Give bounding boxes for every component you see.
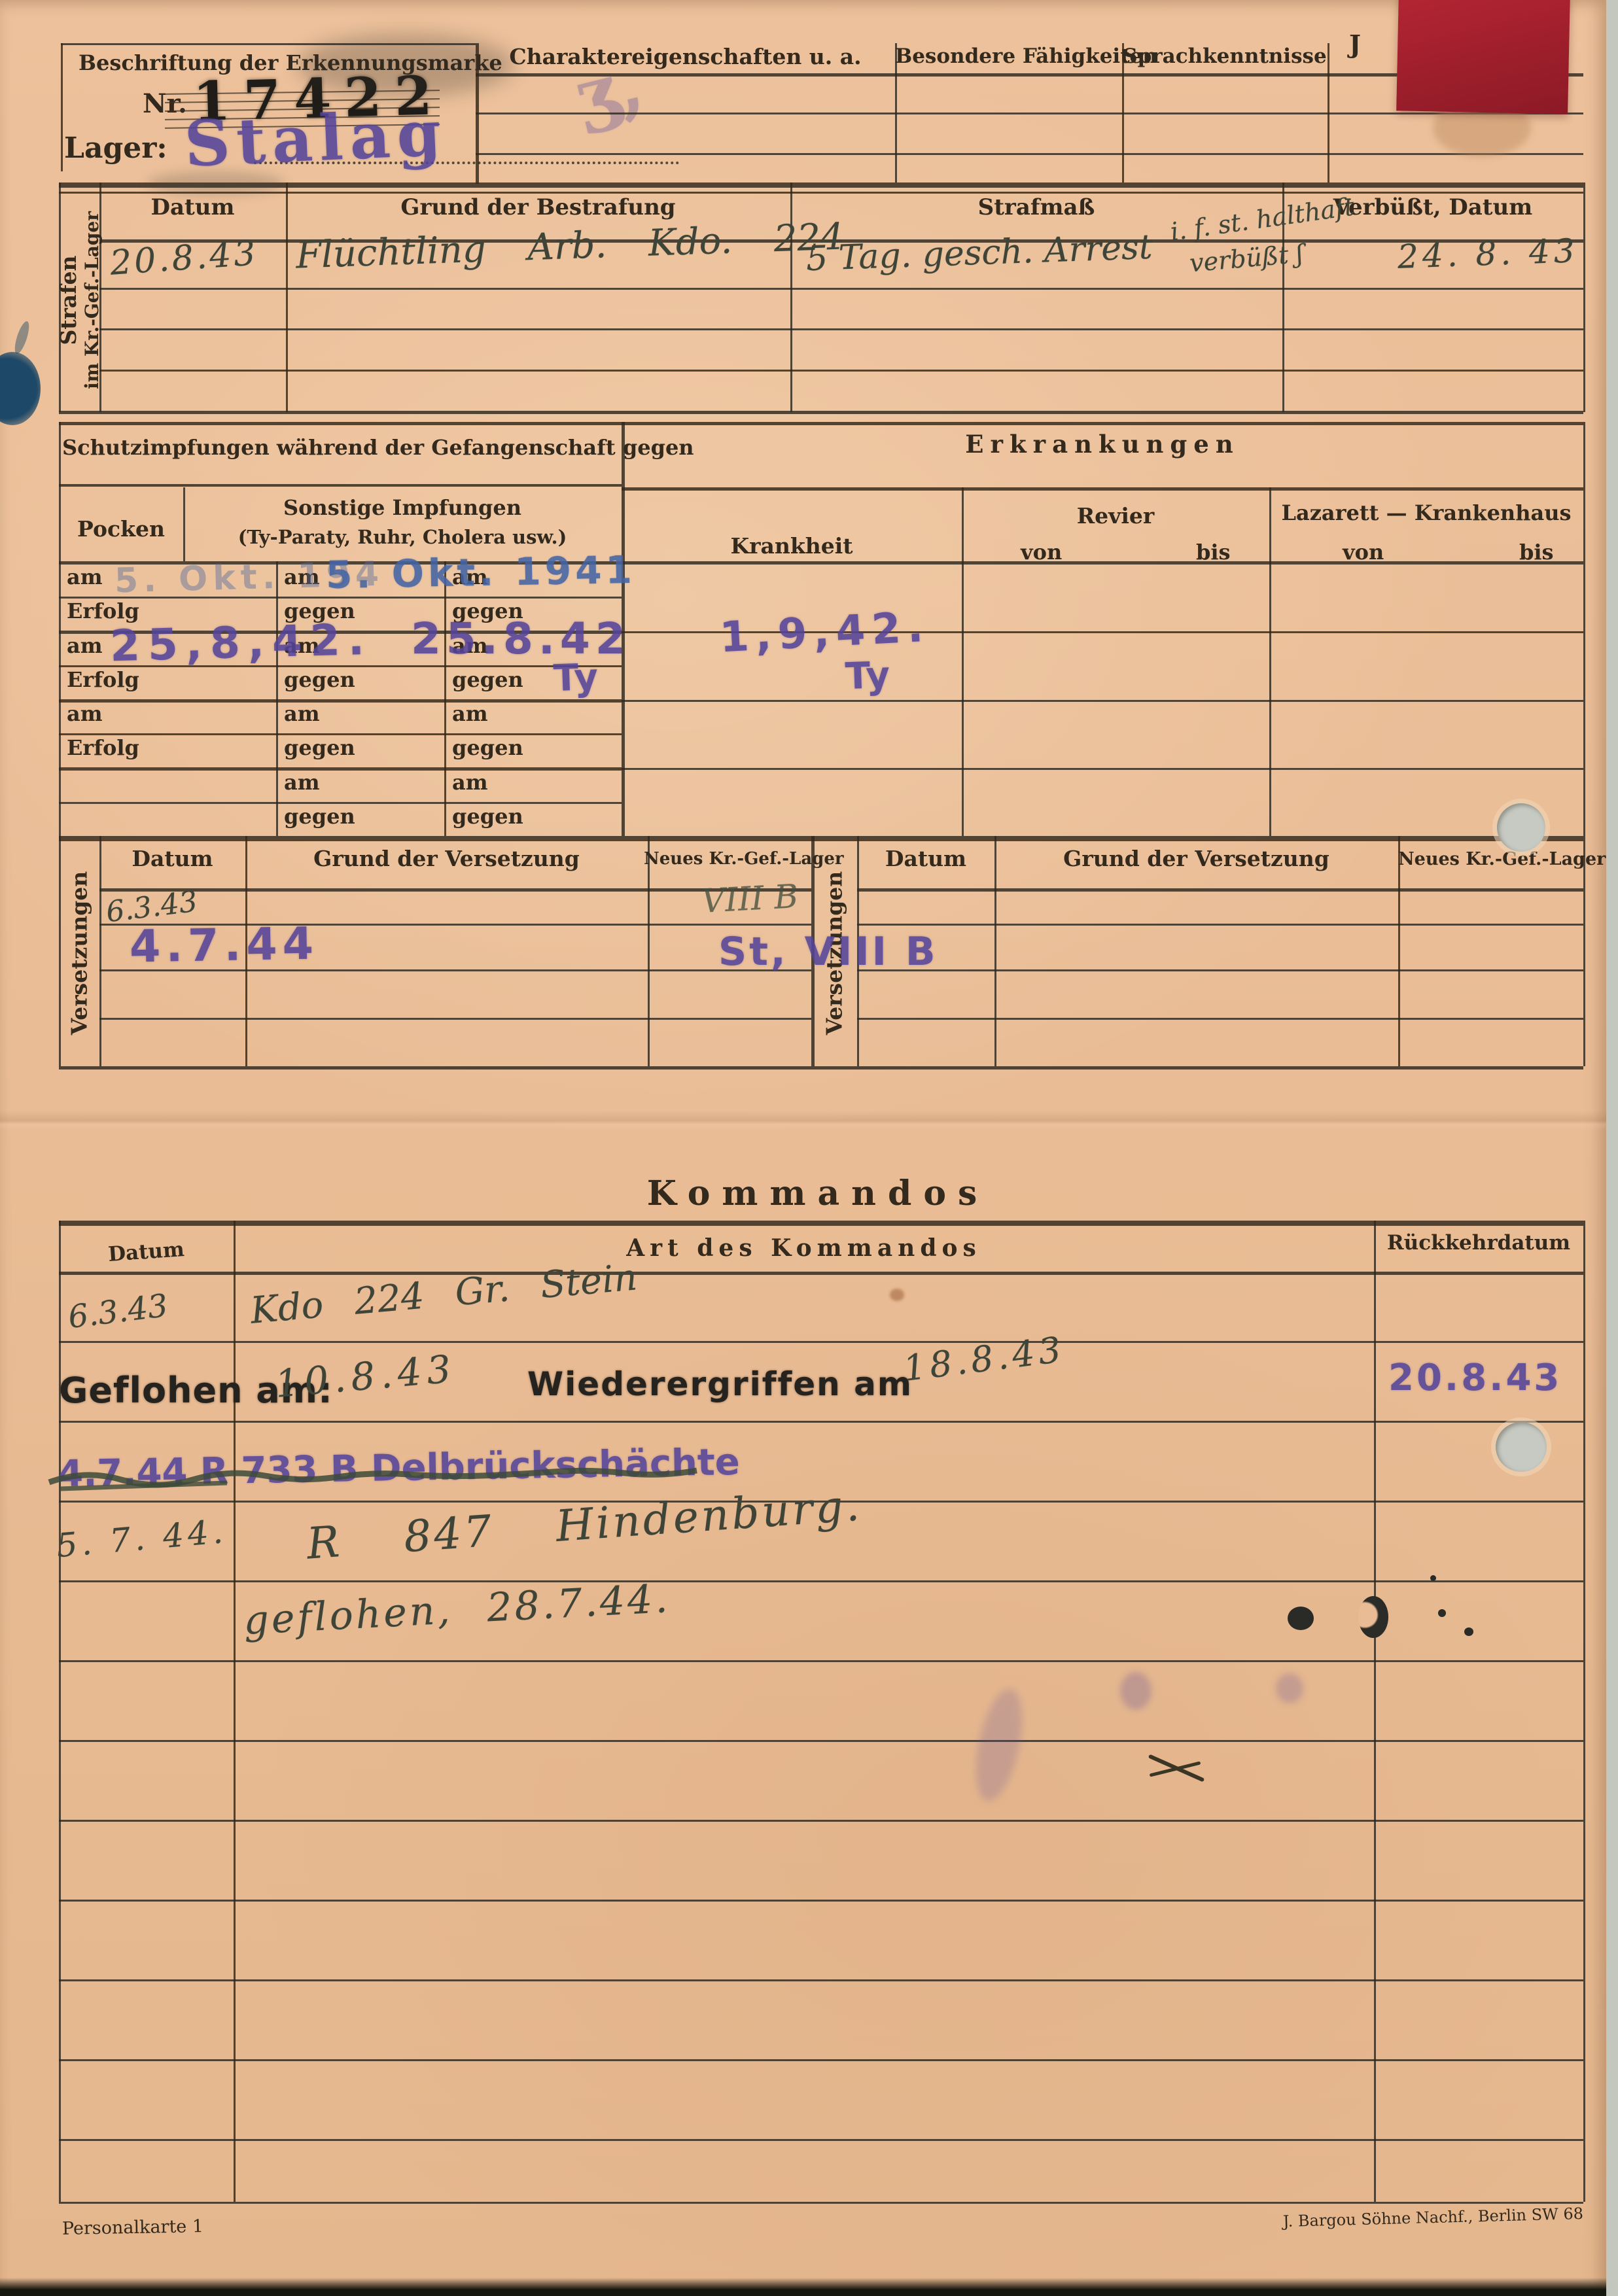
rule-h [476, 153, 1583, 155]
kommando-row1-text: Kdo 224 Gr. Stein [249, 1259, 639, 1331]
rule-h [59, 1979, 1583, 1981]
rule-h [59, 1660, 1583, 1662]
strafen-side-label-line1: Strafen [56, 211, 81, 389]
ink-blot [1288, 1607, 1314, 1630]
rule-v [1583, 183, 1585, 412]
rule-h [99, 1018, 811, 1020]
ink-blot [1464, 1627, 1473, 1636]
impf-am-label: am [67, 703, 103, 725]
rule-v [994, 836, 996, 1066]
impf-erfolg-label: Erfolg [67, 669, 139, 691]
rule-h [99, 288, 1583, 290]
rule-h [99, 328, 1583, 330]
rule-h [59, 1900, 1583, 1902]
sonstige-header-line2: (Ty-Paraty, Ruhr, Cholera usw.) [183, 527, 622, 547]
impf-am-label: am [452, 703, 488, 725]
rueckkehr-date-stamp: 20.8.43 [1388, 1359, 1562, 1398]
scan-bottom-edge [0, 2278, 1606, 2296]
rule-h [857, 969, 1583, 971]
strike-through-mark [46, 1457, 739, 1497]
pocken-header: Pocken [59, 518, 183, 541]
impf-am-label: am [284, 703, 320, 725]
ink-smudge [1276, 1673, 1303, 1703]
red-tape [1396, 0, 1570, 114]
rule-h [59, 1421, 1583, 1423]
versetzungen-header-neues-lager: Neues Kr.-Gef.-Lager [1398, 850, 1583, 869]
strafen-side-label-line2: im Kr.-Gef.-Lager [81, 211, 103, 389]
rule-v [59, 1221, 61, 2202]
lazarett-header: Lazarett — Krankenhaus [1269, 502, 1583, 525]
footer-printer-imprint: J. Bargou Söhne Nachf., Berlin SW 68 [1282, 2206, 1584, 2230]
rule-v [276, 561, 278, 836]
kommandos-title: Kommandos [622, 1176, 1014, 1212]
impf-gegen-label: gegen [284, 669, 355, 691]
ink-smudge [1120, 1672, 1152, 1710]
rule-h [59, 836, 1583, 841]
vaccination-date-stamp: 5. Okt. 1941 [326, 550, 637, 595]
versetzung-lager-stamp: St, VIII B [718, 931, 938, 973]
rule-v [1398, 836, 1400, 1066]
punch-hole [1496, 1422, 1547, 1472]
rule-h [622, 487, 1583, 491]
impf-erfolg-label: Erfolg [67, 600, 139, 623]
lazarett-bis-label: bis [1519, 542, 1554, 564]
lager-label: Lager: [64, 133, 167, 164]
impf-gegen-label: gegen [452, 737, 523, 759]
kommandos-header-datum: Datum [58, 1236, 234, 1269]
strafen-entry-note-line2: verbüßt ʃ [1189, 241, 1305, 277]
versetzungen-side-label: Versetzungen [59, 843, 99, 1064]
impf-erfolg-label: Erfolg [67, 737, 139, 759]
rule-v [1583, 422, 1585, 836]
rule-h [59, 484, 622, 487]
strafen-entry-verbuesst-datum: 24. 8. 43 [1397, 234, 1579, 274]
rule-v [61, 43, 63, 171]
kommando-row5-text: geflohen, 28.7.44. [243, 1578, 671, 1642]
vaccination-date-stamp: 25.8.42 [411, 616, 631, 661]
rule-h [857, 888, 1583, 892]
rule-h [59, 1740, 1583, 1742]
strafen-entry-strafmass: 5 Tag. gesch. Arrest [805, 230, 1153, 277]
column-header-charakter: Charaktereigenschaften u. a. [476, 46, 895, 69]
versetzungen-header-datum: Datum [99, 848, 245, 871]
lazarett-von-label: von [1343, 542, 1384, 564]
rule-v [1583, 836, 1585, 1066]
rule-h [59, 1066, 1583, 1070]
rule-v [648, 836, 650, 1066]
revier-bis-label: bis [1196, 542, 1231, 564]
rule-h [622, 700, 1583, 702]
ink-smudge [147, 171, 285, 195]
wiederergriffen-am-stamp: Wiederergriffen am [527, 1367, 913, 1402]
vaccination-date-stamp: 1,9,42. [718, 606, 930, 661]
impf-am-label: am [67, 635, 103, 657]
rule-v [234, 1221, 236, 2202]
rule-h [59, 699, 622, 703]
strafen-header-grund: Grund der Bestrafung [286, 196, 790, 220]
impf-am-label: am [452, 772, 488, 794]
rule-h [59, 411, 1583, 414]
rule-v [1374, 1221, 1376, 2202]
wiederergriffen-date-handwritten: 18.8.43 [901, 1331, 1066, 1388]
versetzungen-header-neues-lager: Neues Kr.-Gef.-Lager [644, 850, 811, 868]
kommando-row1-datum: 6.3.43 [66, 1289, 169, 1334]
hidden-column-fragment: J [1349, 31, 1361, 58]
revier-header: Revier [962, 505, 1269, 528]
ink-smudge [967, 1684, 1030, 1805]
strafen-side-label: Strafen im Kr.-Gef.-Lager [59, 190, 99, 411]
kommandos-header-art: Art des Kommandos [234, 1236, 1374, 1261]
versetzungen-side-label-text: Versetzungen [67, 871, 92, 1035]
rule-h [59, 1820, 1583, 1822]
revier-von-label: von [1021, 542, 1062, 564]
impf-gegen-label: gegen [452, 669, 523, 691]
impf-am-label: am [67, 566, 103, 589]
rule-h [59, 1580, 1583, 1582]
rule-h [59, 2139, 1583, 2141]
rule-h [59, 422, 1583, 425]
strafen-entry-datum: 20.8.43 [109, 235, 259, 281]
impf-section-title: Schutzimpfungen während der Gefangenscha… [62, 437, 618, 459]
rule-h [857, 1018, 1583, 1020]
rule-h [59, 1341, 1583, 1343]
erkrankungen-title: Erkrankungen [622, 432, 1583, 457]
rule-h [476, 113, 1583, 114]
rule-h [59, 1272, 1583, 1275]
pow-personal-card-back: Beschriftung der Erkennungsmarke Nr. 174… [0, 0, 1606, 2296]
impf-gegen-label: gegen [284, 737, 355, 759]
versetzungen-header-grund: Grund der Versetzung [994, 848, 1398, 871]
ink-blot [1438, 1609, 1446, 1617]
impf-gegen-label: gegen [452, 806, 523, 828]
column-header-sprachen: Sprachkenntnisse [1122, 46, 1328, 67]
ink-blot [1358, 1596, 1388, 1638]
strafen-entry-grund: Flüchtling Arb. Kdo. 224 [295, 218, 844, 275]
footer-card-type: Personalkarte 1 [62, 2218, 203, 2238]
versetzung-entry-lager-pencil: VIII B [701, 879, 800, 918]
stain-spot [890, 1289, 904, 1301]
vaccination-date-stamp: 25,8,42. [109, 617, 373, 669]
sonstige-header-line1: Sonstige Impfungen [183, 497, 622, 519]
rule-h [59, 767, 622, 771]
rule-v [962, 487, 964, 836]
krankheit-header: Krankheit [622, 535, 962, 558]
fold-crease [0, 1111, 1606, 1130]
strafen-header-datum: Datum [99, 196, 286, 220]
ink-blob-left-edge [12, 320, 31, 355]
typhus-stamp: Ty [845, 657, 890, 697]
kommando-row4-datum: 5. 7. 44. [55, 1514, 228, 1563]
punch-hole [1497, 803, 1545, 852]
rule-h [59, 2059, 1583, 2061]
ink-blob-left-edge [0, 352, 41, 425]
kommandos-header-rueckkehr: Rückkehrdatum [1374, 1232, 1583, 1254]
impf-am-label: am [284, 772, 320, 794]
rule-v [444, 561, 446, 836]
rule-h [59, 1221, 1583, 1226]
ink-blot [1430, 1575, 1436, 1581]
versetzung-date-stamp: 4.7.44 [129, 920, 319, 970]
rule-h [99, 370, 1583, 372]
rule-h [857, 924, 1583, 926]
rule-v [1583, 1221, 1585, 2202]
versetzungen-header-grund: Grund der Versetzung [245, 848, 648, 871]
rule-v [1269, 487, 1271, 836]
rule-h [622, 768, 1583, 770]
column-header-faehigkeiten: Besondere Fähigkeiten [895, 46, 1122, 67]
geflohen-date-handwritten: 10.8.43 [273, 1349, 458, 1404]
versetzungen-header-datum: Datum [857, 848, 994, 871]
typhus-stamp: Ty [553, 659, 599, 699]
rule-h [59, 2202, 1583, 2204]
impf-gegen-label: gegen [284, 806, 355, 828]
stalag-stamp: Stalag [183, 100, 449, 177]
rule-v [99, 836, 101, 1066]
